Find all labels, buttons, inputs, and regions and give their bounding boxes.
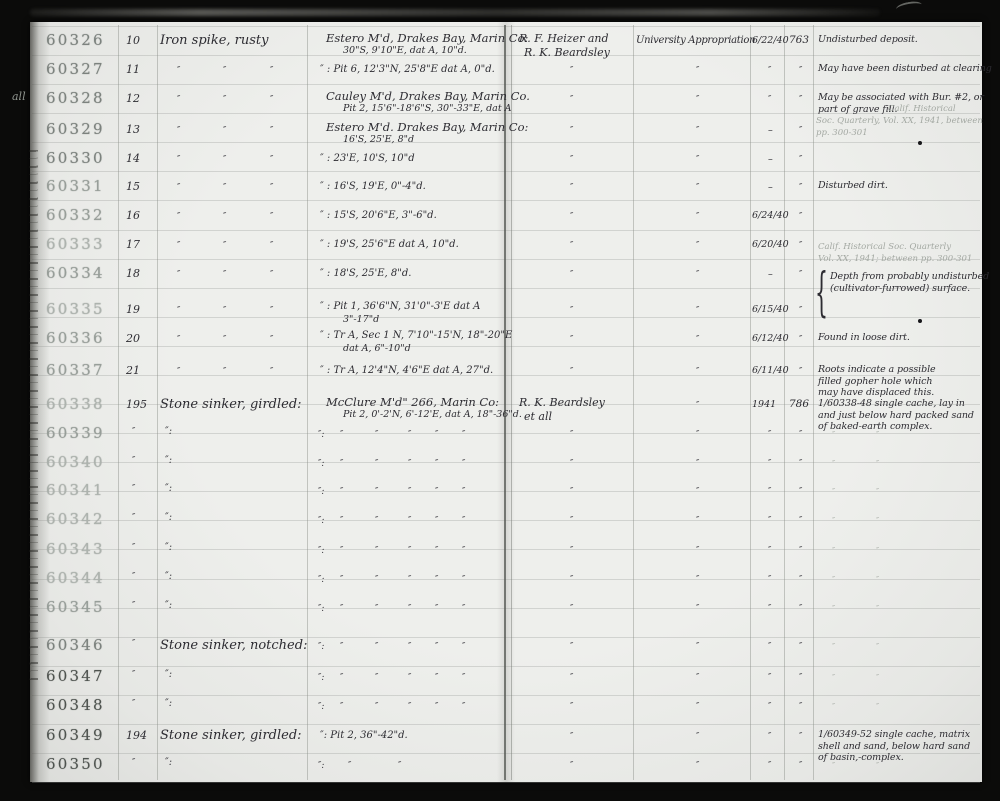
ruled-line [32,55,980,56]
catalog-number: 60345 [46,600,105,615]
catalog-number: 60332 [46,208,105,223]
remarks: and just below hard packed sand [818,411,974,421]
remarks: may have displaced this. [818,388,934,398]
locality: Pit 2, 15'6"-18'6"S, 30"-33"E, dat A [343,104,512,114]
field-number: 195 [126,399,147,410]
ledger-page: 6032610Iron spike, rustyEstero M'd, Drak… [30,22,982,782]
ditto-mark: ″ [270,67,273,76]
column-line [118,25,119,780]
remarks: filled gopher hole which [818,377,932,387]
ditto-mark: ″ [799,127,802,136]
ditto-mark: ″ [340,674,343,683]
field-number: 13 [126,124,140,135]
ditto-mark: ″ [696,605,699,614]
ditto-mark: ″ [177,242,180,251]
field-number: ″ [132,602,135,611]
pencil-ditto-mark: ″ [876,547,879,556]
pencil-ditto-mark: ″ [832,517,835,526]
ruled-line [32,666,980,667]
pencil-ditto-mark: ″ [876,643,879,652]
ditto-mark: ″ [462,703,465,712]
ditto-mark: ″ [462,517,465,526]
ditto-mark: ″ [435,517,438,526]
ruled-line [32,84,980,85]
ditto-mark: ″ [223,96,226,105]
locality: ″ : Pit 6, 12'3"N, 25'8"E dat A, 0"d. [320,65,495,75]
object-description: ″: [165,601,172,611]
ditto-mark: ″: [318,643,324,652]
ditto-mark: ″ [570,307,573,316]
ditto-mark: ″ [223,368,226,377]
pencil-ditto-mark: ″ [876,517,879,526]
ditto-mark: ″ [570,127,573,136]
collector: et all [524,411,552,422]
ditto-mark: ″ [799,184,802,193]
ditto-mark: ″ [462,431,465,440]
locality: ″ : 15'S, 20'6"E, 3"-6"d. [320,211,437,221]
column-line [157,25,158,780]
locality: ″: Pit 2, 36"-42"d. [320,731,408,741]
field-number: ″ [132,457,135,466]
field-number: 11 [126,64,140,75]
locality: 3"-17"d [343,315,379,325]
field-number: 17 [126,239,140,250]
ditto-mark: ″ [435,605,438,614]
catalog-number: 60341 [46,483,105,498]
catalog-number: 60338 [46,397,105,412]
remarks: May be associated with Bur. #2, or [818,93,984,103]
ditto-mark: ″ [799,368,802,377]
catalog-number: 60344 [46,571,105,586]
catalog-number: 60331 [46,179,105,194]
ruled-line [32,200,980,201]
ditto-mark: ″ [462,605,465,614]
object-description: ″: [165,427,172,437]
ruled-line [32,491,980,492]
ditto-mark: ″ [375,703,378,712]
field-number: ″ [132,514,135,523]
ditto-mark: ″ [223,271,226,280]
catalog-number: 60348 [46,698,105,713]
field-number: ″ [132,573,135,582]
ditto-mark: ″ [177,184,180,193]
ditto-mark: ″ [696,517,699,526]
ditto-mark: ″ [768,703,771,712]
ditto-mark: ″ [340,576,343,585]
catalog-number: 60336 [46,331,105,346]
ditto-mark: ″ [570,643,573,652]
ditto-mark: ″ [270,307,273,316]
ditto-mark: ″ [570,460,573,469]
pencil-ditto-mark: ″ [876,488,879,497]
ditto-mark: ″ [696,156,699,165]
ditto-mark: ″ [570,156,573,165]
catalog-number: 60329 [46,122,105,137]
ditto-mark: ″ [340,431,343,440]
ditto-mark: ″ [696,96,699,105]
object-description: Stone sinker, girdled: [160,398,302,411]
collector: R. F. Heizer and [519,33,609,44]
collection-date: 6/11/40 [752,366,789,376]
ditto-mark: ″ [408,643,411,652]
ditto-mark: ″ [696,643,699,652]
ditto-mark: ″ [375,517,378,526]
field-number: 15 [126,181,140,192]
collection-date: 6/20/40 [752,240,789,250]
catalog-number: 60343 [46,542,105,557]
ditto-mark: ″ [177,156,180,165]
remarks: Undisturbed deposit. [818,35,918,45]
ditto-mark: ″ [408,674,411,683]
ditto-mark: ″ [696,488,699,497]
ditto-mark: ″: [318,460,324,469]
ditto-mark: ″ [408,460,411,469]
collection-date: 1941 [752,400,776,410]
pencil-ditto-mark: ″ [832,431,835,440]
ditto-mark: ″ [799,336,802,345]
ditto-mark: ″: [318,431,324,440]
pencil-ditto-mark: ″ [876,576,879,585]
ditto-mark: ″ [462,488,465,497]
ditto-mark: ″ [408,517,411,526]
ditto-mark: ″ [462,576,465,585]
pencil-ditto-mark: ″ [876,762,879,771]
ditto-mark: ″: [318,517,324,526]
pencil-ditto-mark: ″ [876,431,879,440]
ditto-mark: ″ [799,431,802,440]
remarks: Found in loose dirt. [818,333,910,343]
ditto-mark: ″ [223,127,226,136]
ditto-mark: ″ [570,703,573,712]
remarks: part of grave fill. [818,105,897,115]
ditto-mark: ″ [799,762,802,771]
remarks: 1/60349-52 single cache, matrix [818,730,970,740]
pencil-note: pp. 300-301 [816,129,868,138]
ditto-mark: ″ [435,460,438,469]
ditto-mark: ″ [768,576,771,585]
pencil-ditto-mark: ″ [876,605,879,614]
accession-number: 786 [789,399,809,410]
ditto-mark: ″ [799,643,802,652]
catalog-number: 60349 [46,728,105,743]
pencil-ditto-mark: ″ [832,460,835,469]
ditto-mark: ″ [799,67,802,76]
ditto-mark: ″ [348,762,351,771]
ditto-mark: ″ [375,547,378,556]
ditto-mark: ″ [768,547,771,556]
ditto-mark: ″ [570,762,573,771]
ditto-mark: ″ [570,67,573,76]
ditto-mark: ″ [768,674,771,683]
ditto-mark: ″: [318,547,324,556]
fund-source: University Appropriation [636,36,755,46]
ditto-mark: ″ [570,271,573,280]
field-number: 194 [126,730,147,741]
pencil-note: Vol. XX, 1941; between pp. 300-301 [818,255,972,264]
ditto-mark: ″ [408,488,411,497]
ditto-mark: ″ [340,488,343,497]
ditto-mark: ″ [799,242,802,251]
ditto-mark: ″ [462,643,465,652]
ditto-mark: ″ [435,547,438,556]
ditto-mark: ″ [270,213,273,222]
field-number: ″ [132,759,135,768]
ditto-mark: ″ [696,733,699,742]
locality: McClure M'd" 266, Marin Co: [326,397,499,409]
ditto-mark: ″ [408,547,411,556]
ditto-mark: ″ [408,576,411,585]
ruled-line [32,433,980,434]
scan-light-streak [30,9,880,16]
ditto-mark: ″ [340,460,343,469]
ditto-mark: ″ [340,517,343,526]
ditto-mark: ″ [435,431,438,440]
locality: Cauley M'd, Drakes Bay, Marin Co. [326,91,530,103]
ditto-mark: ″ [408,431,411,440]
catalog-number: 60335 [46,302,105,317]
remarks: Depth from probably undisturbed [830,272,989,282]
ruled-line [32,579,980,580]
ditto-mark: ″ [435,674,438,683]
ditto-mark: ″ [270,271,273,280]
field-number: 10 [126,35,140,46]
collection-date: 6/22/40 [752,36,789,46]
ruled-line [32,142,980,143]
field-number: 12 [126,93,140,104]
ditto-mark: ″: [318,762,324,771]
ditto-mark: ″ [696,127,699,136]
locality: Pit 2, 0'-2'N, 6'-12'E, dat A, 18"-36"d. [343,410,522,420]
field-number: 20 [126,333,140,344]
collector: R. K. Beardsley [524,47,610,58]
remark-brace: { [815,266,828,319]
ditto-mark: ″ [696,703,699,712]
catalog-number: 60340 [46,455,105,470]
locality: Estero M'd. Drakes Bay, Marin Co: [326,122,528,134]
ditto-mark: ″ [696,762,699,771]
column-line [784,25,785,780]
ditto-mark: ″ [768,762,771,771]
column-line [504,25,506,780]
ditto-mark: ″ [799,307,802,316]
ditto-mark: ″ [799,271,802,280]
ditto-mark: ″ [223,336,226,345]
ditto-mark: ″ [223,156,226,165]
ditto-mark: ″ [799,674,802,683]
object-description: Stone sinker, notched: [160,639,307,652]
remarks: of basin,-complex. [818,753,904,763]
ditto-mark: ″ [570,184,573,193]
ditto-mark: ″ [435,643,438,652]
ditto-mark: ″ [799,488,802,497]
ditto-mark: ″ [375,431,378,440]
ditto-mark: ″ [223,307,226,316]
ditto-mark: ″ [696,674,699,683]
ditto-mark: ″ [768,733,771,742]
ink-dot [918,319,922,323]
catalog-number: 60339 [46,426,105,441]
ditto-mark: ″ [375,674,378,683]
ditto-mark: ″ [696,431,699,440]
catalog-number: 60350 [46,757,105,772]
ditto-mark: ″ [375,643,378,652]
pencil-ditto-mark: ″ [832,576,835,585]
ruled-line [32,782,980,783]
ditto-mark: ″ [375,605,378,614]
ditto-mark: ″ [375,460,378,469]
catalog-number: 60326 [46,33,105,48]
ditto-mark: ″ [435,488,438,497]
binding-texture [29,150,38,680]
ditto-mark: ″ [223,213,226,222]
ditto-mark: ″ [570,517,573,526]
ditto-mark: ″ [696,213,699,222]
ditto-mark: ″ [340,703,343,712]
remarks: shell and sand, below hard sand [818,742,970,752]
locality: dat A, 6"-10"d [343,344,411,354]
catalog-number: 60327 [46,62,105,77]
ditto-mark: ″ [799,605,802,614]
ditto-mark: ″ [768,431,771,440]
field-number: ″ [132,428,135,437]
ruled-line [32,520,980,521]
gutter-crease [497,22,515,782]
accession-number: 763 [789,35,809,46]
object-description: ″: [165,699,172,709]
locality: ″ : 18'S, 25'E, 8"d. [320,269,411,279]
collection-date: 6/24/40 [752,211,789,221]
ditto-mark: ″ [696,368,699,377]
pencil-ditto-mark: ″ [832,547,835,556]
date-dash: – [768,270,773,280]
ditto-mark: ″ [340,643,343,652]
ditto-mark: ″ [177,307,180,316]
ditto-mark: ″ [462,460,465,469]
ditto-mark: ″ [696,67,699,76]
ruled-line [32,317,980,318]
ditto-mark: ″ [177,127,180,136]
ditto-mark: ″ [398,762,401,771]
date-dash: – [768,155,773,165]
ditto-mark: ″ [223,242,226,251]
locality: ″ : 19'S, 25'6"E dat A, 10"d. [320,240,459,250]
ditto-mark: ″ [570,488,573,497]
ditto-mark: ″ [799,156,802,165]
field-number: 18 [126,268,140,279]
ruled-line [32,26,980,27]
collection-date: 6/15/40 [752,305,789,315]
catalog-number: 60346 [46,638,105,653]
catalog-number: 60330 [46,151,105,166]
ruled-line [32,549,980,550]
ditto-mark: ″: [318,674,324,683]
ditto-mark: ″ [270,156,273,165]
ditto-mark: ″ [570,96,573,105]
pencil-ditto-mark: ″ [832,762,835,771]
ditto-mark: ″ [408,703,411,712]
remarks: Roots indicate a possible [818,365,936,375]
date-dash: – [768,126,773,136]
ditto-mark: ″ [570,431,573,440]
ditto-mark: ″ [799,213,802,222]
margin-pencil-note: all [12,90,26,103]
ditto-mark: ″ [270,127,273,136]
field-number: 16 [126,210,140,221]
ditto-mark: ″ [696,307,699,316]
ditto-mark: ″ [768,488,771,497]
pencil-ditto-mark: ″ [876,460,879,469]
locality: Estero M'd, Drakes Bay, Marin Co: [326,33,528,45]
pencil-note: Calif. Historical [888,105,956,114]
ditto-mark: ″ [435,703,438,712]
ink-dot [918,141,922,145]
ditto-mark: ″ [177,67,180,76]
ditto-mark: ″ [270,368,273,377]
ditto-mark: ″ [375,488,378,497]
ditto-mark: ″ [375,576,378,585]
pencil-note: Soc. Quarterly, Vol. XX, 1941, between [816,117,983,126]
ditto-mark: ″ [696,576,699,585]
field-number: 21 [126,365,140,376]
ditto-mark: ″ [408,605,411,614]
locality: ″ : 16'S, 19'E, 0"-4"d. [320,182,426,192]
ditto-mark: ″ [462,547,465,556]
ditto-mark: ″ [696,336,699,345]
ditto-mark: ″ [570,576,573,585]
ditto-mark: ″ [570,213,573,222]
ditto-mark: ″ [177,96,180,105]
ruled-line [32,171,980,172]
catalog-number: 60334 [46,266,105,281]
ditto-mark: ″ [570,674,573,683]
object-description: Stone sinker, girdled: [160,729,302,742]
field-number: ″ [132,485,135,494]
pencil-ditto-mark: ″ [876,703,879,712]
pencil-ditto-mark: ″ [832,703,835,712]
locality: 16'S, 25'E, 8"d [343,135,414,145]
ditto-mark: ″ [768,67,771,76]
ditto-mark: ″ [799,703,802,712]
column-line [813,25,814,780]
ditto-mark: ″ [270,96,273,105]
pencil-ditto-mark: ″ [832,643,835,652]
ditto-mark: ″ [768,460,771,469]
catalog-number: 60328 [46,91,105,106]
collector: R. K. Beardsley [519,397,605,408]
field-number: ″ [132,700,135,709]
scanned-ledger-photo: 6032610Iron spike, rustyEstero M'd, Drak… [0,0,1000,801]
ditto-mark: ″ [570,547,573,556]
catalog-number: 60337 [46,363,105,378]
column-line [633,25,634,780]
object-description: ″: [165,758,172,768]
ditto-mark: ″ [768,643,771,652]
pencil-ditto-mark: ″ [876,674,879,683]
ditto-mark: ″ [270,336,273,345]
object-description: ″: [165,670,172,680]
ditto-mark: ″ [570,605,573,614]
ditto-mark: ″ [799,517,802,526]
ditto-mark: ″ [768,96,771,105]
object-description: ″: [165,456,172,466]
ditto-mark: ″ [799,547,802,556]
field-number: 19 [126,304,140,315]
ditto-mark: ″ [696,242,699,251]
ditto-mark: ″ [462,674,465,683]
ditto-mark: ″ [768,605,771,614]
ditto-mark: ″ [799,576,802,585]
ditto-mark: ″ [435,576,438,585]
